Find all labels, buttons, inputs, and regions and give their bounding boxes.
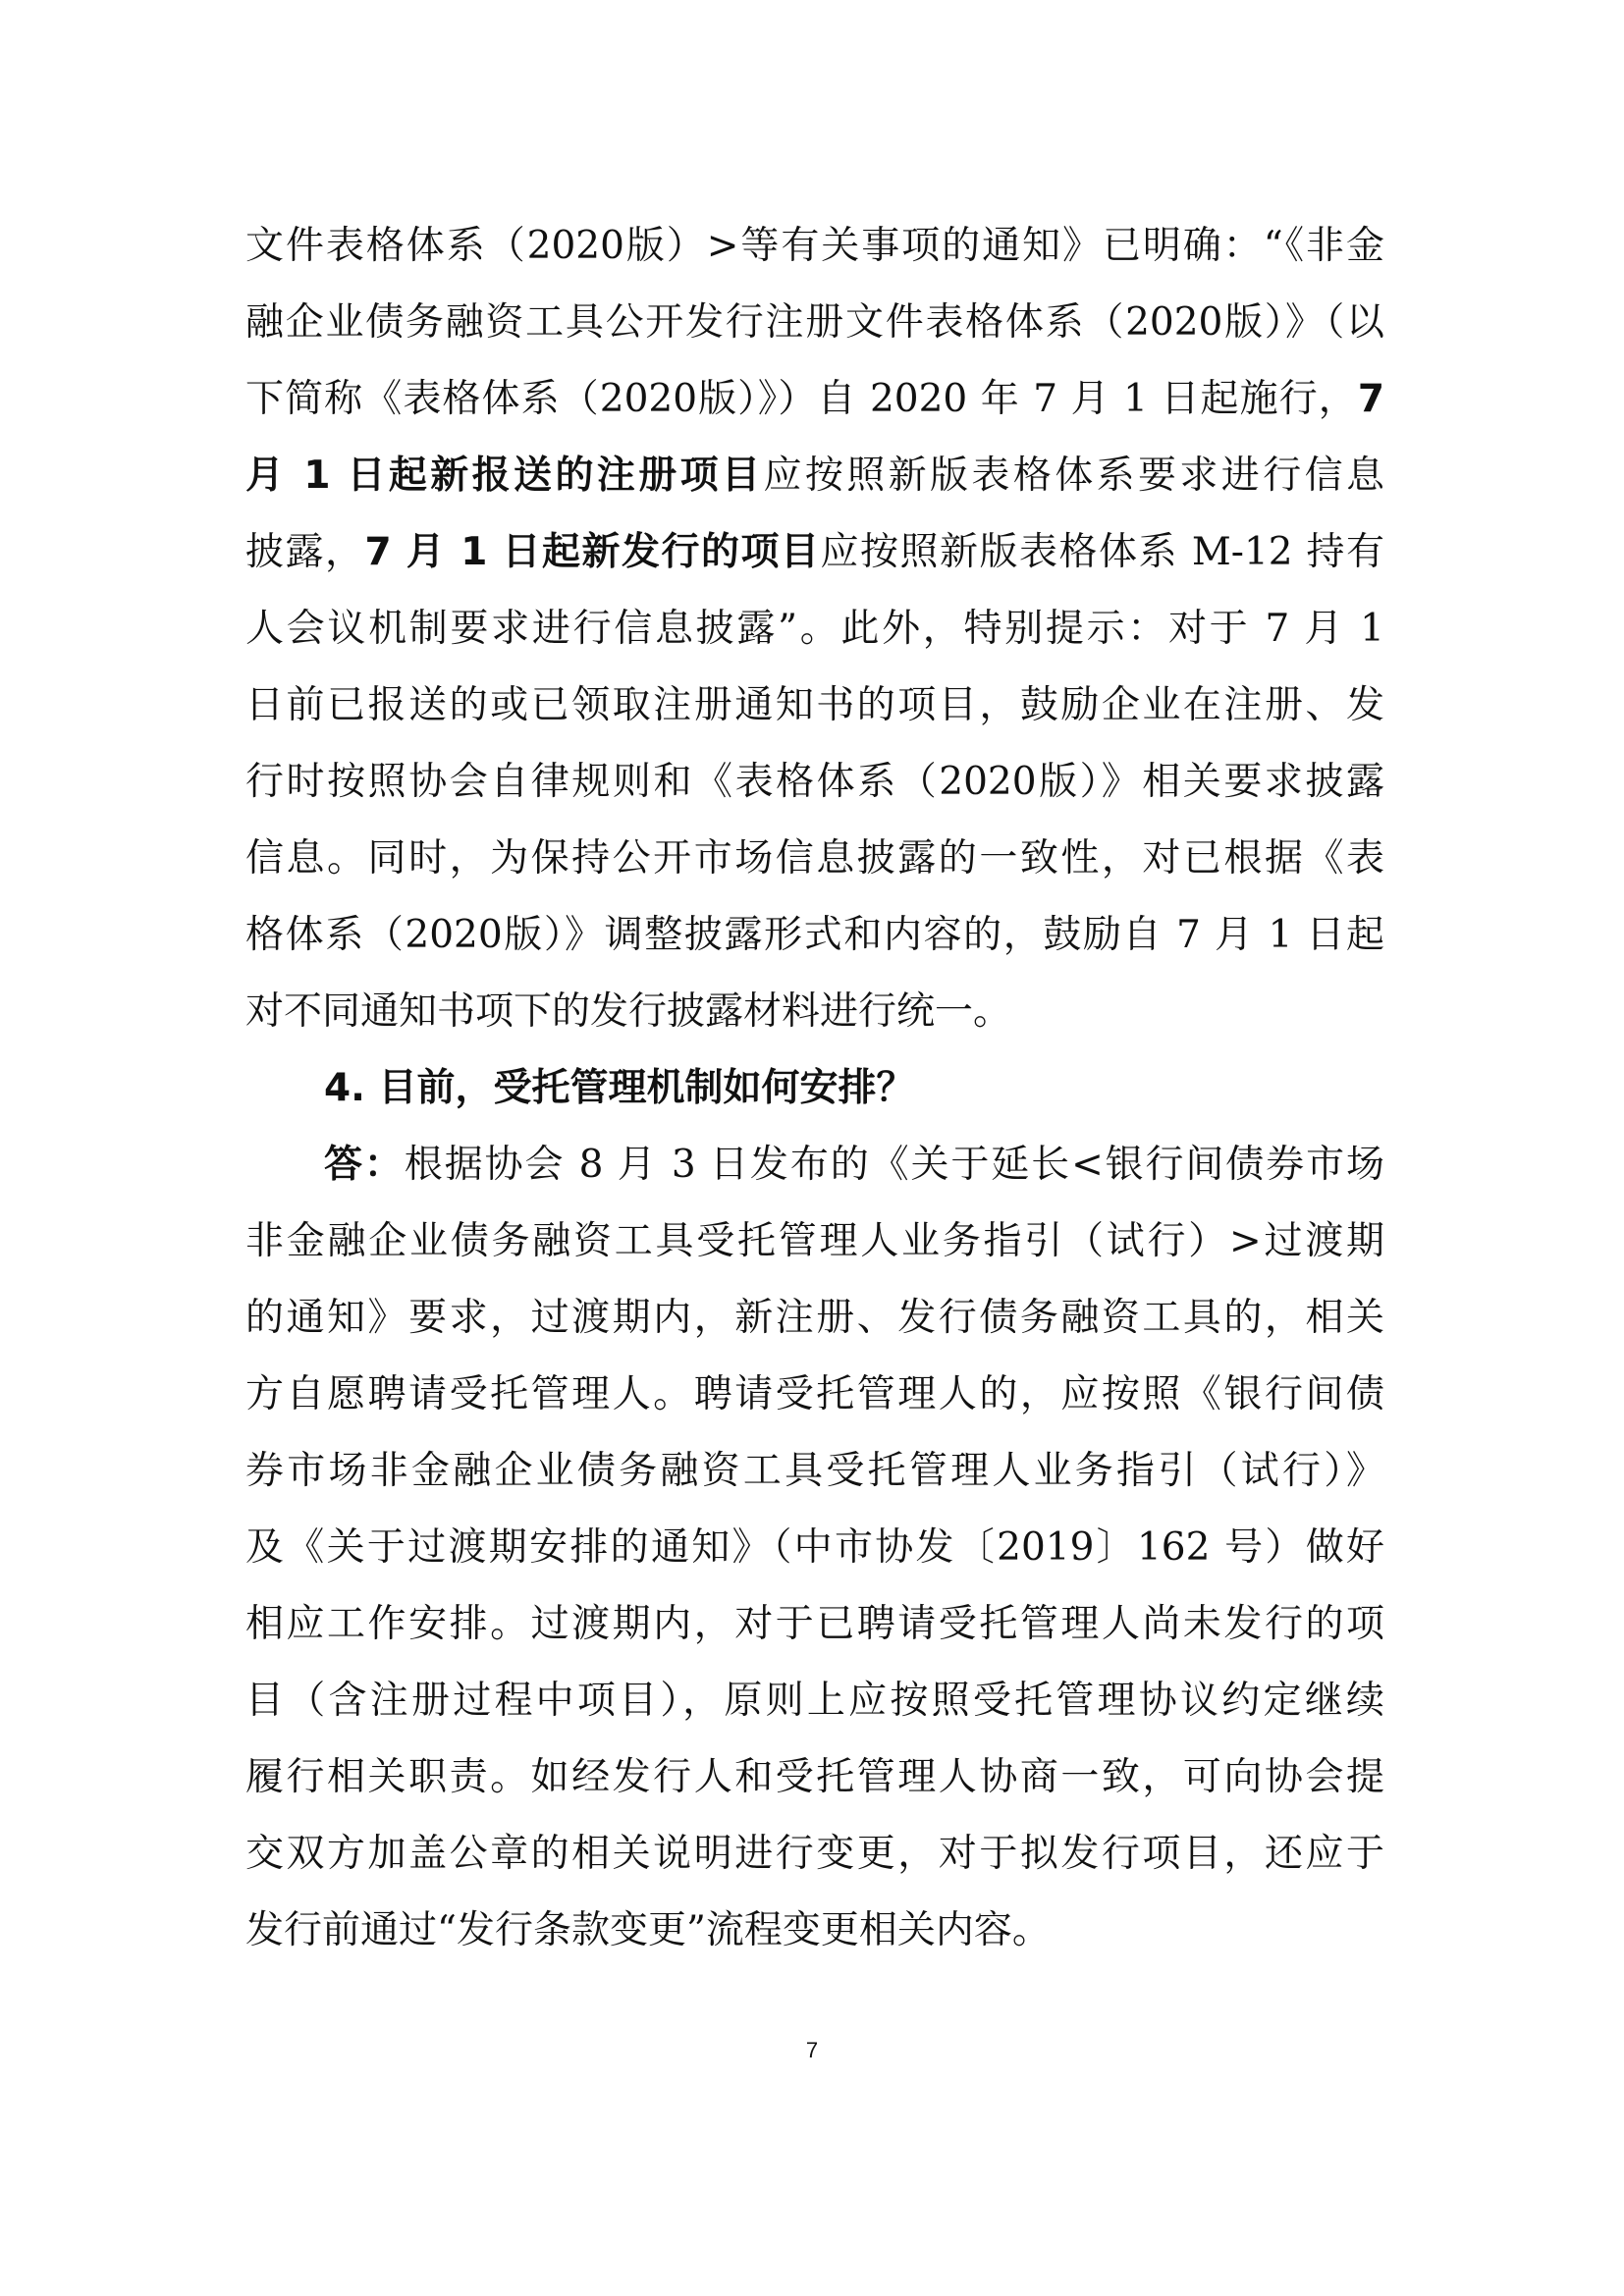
text-run: 披露， [245,530,365,574]
paragraph-line: 信息。同时，为保持公开市场信息披露的一致性，对已根据《表 [245,821,1384,897]
answer-line: 券市场非金融企业债务融资工具受托管理人业务指引（试行）》 [245,1433,1384,1510]
text-run: 行时按照协会自律规则和《表格体系（2020版）》相关要求披露 [245,760,1384,804]
document-body: 文件表格体系（2020版）>等有关事项的通知》已明确：“《非金融企业债务融资工具… [245,208,1384,1969]
paragraph-line: 日前已报送的或已领取注册通知书的项目，鼓励企业在注册、发 [245,667,1384,744]
answer-line: 交双方加盖公章的相关说明进行变更，对于拟发行项目，还应于 [245,1816,1384,1893]
bold-text: 月 1 日起新报送的注册项目 [245,454,763,498]
text-run: 信息。同时，为保持公开市场信息披露的一致性，对已根据《表 [245,836,1384,881]
text-run: 下简称《表格体系（2020版）》）自 2020 年 7 月 1 日起施行， [245,377,1358,421]
text-run: 应按照新版表格体系要求进行信息 [763,454,1384,498]
text-run: 格体系（2020版）》调整披露形式和内容的，鼓励自 7 月 1 日起 [245,913,1384,957]
answer-text: 根据协会 8 月 3 日发布的《关于延长<银行间债券市场 [405,1143,1384,1187]
answer-line: 发行前通过“发行条款变更”流程变更相关内容。 [245,1893,1384,1969]
paragraph-line: 融企业债务融资工具公开发行注册文件表格体系（2020版）》（以 [245,285,1384,361]
answer-line: 非金融企业债务融资工具受托管理人业务指引（试行）>过渡期 [245,1203,1384,1280]
text-run: 文件表格体系（2020版）>等有关事项的通知》已明确：“《非金 [245,224,1384,268]
paragraph-continued: 文件表格体系（2020版）>等有关事项的通知》已明确：“《非金融企业债务融资工具… [245,208,1384,1050]
text-run: 人会议机制要求进行信息披露”。此外，特别提示：对于 7 月 1 [245,607,1384,651]
answer-line: 相应工作安排。过渡期内，对于已聘请受托管理人尚未发行的项 [245,1586,1384,1663]
paragraph-line: 格体系（2020版）》调整披露形式和内容的，鼓励自 7 月 1 日起 [245,897,1384,974]
paragraph-line: 行时按照协会自律规则和《表格体系（2020版）》相关要求披露 [245,744,1384,821]
text-run: 日前已报送的或已领取注册通知书的项目，鼓励企业在注册、发 [245,683,1384,727]
answer-line: 的通知》要求，过渡期内，新注册、发行债务融资工具的，相关 [245,1280,1384,1357]
paragraph-line: 文件表格体系（2020版）>等有关事项的通知》已明确：“《非金 [245,208,1384,285]
bold-text: 7 [1358,377,1384,421]
paragraph-line: 月 1 日起新报送的注册项目应按照新版表格体系要求进行信息 [245,438,1384,514]
text-run: 对不同通知书项下的发行披露材料进行统一。 [245,989,1011,1034]
answer-line: 履行相关职责。如经发行人和受托管理人协商一致，可向协会提 [245,1739,1384,1816]
answer-first-line: 答：根据协会 8 月 3 日发布的《关于延长<银行间债券市场 [245,1127,1384,1203]
answer-label: 答： [324,1143,405,1187]
answer-line: 及《关于过渡期安排的通知》（中市协发〔2019〕162 号）做好 [245,1510,1384,1586]
paragraph-line: 披露，7 月 1 日起新发行的项目应按照新版表格体系 M-12 持有 [245,514,1384,591]
text-run: 应按照新版表格体系 M-12 持有 [820,530,1384,574]
answer-line: 目（含注册过程中项目），原则上应按照受托管理协议约定继续 [245,1663,1384,1739]
page-number: 7 [0,2038,1624,2063]
paragraph-line: 下简称《表格体系（2020版）》）自 2020 年 7 月 1 日起施行，7 [245,361,1384,438]
question-heading: 4. 目前，受托管理机制如何安排？ [245,1050,1384,1127]
bold-text: 7 月 1 日起新发行的项目 [365,530,821,574]
text-run: 融企业债务融资工具公开发行注册文件表格体系（2020版）》（以 [245,300,1384,345]
paragraph-line: 人会议机制要求进行信息披露”。此外，特别提示：对于 7 月 1 [245,591,1384,667]
document-page: 文件表格体系（2020版）>等有关事项的通知》已明确：“《非金融企业债务融资工具… [0,0,1624,2296]
answer-line: 方自愿聘请受托管理人。聘请受托管理人的，应按照《银行间债 [245,1357,1384,1433]
paragraph-line: 对不同通知书项下的发行披露材料进行统一。 [245,974,1384,1050]
